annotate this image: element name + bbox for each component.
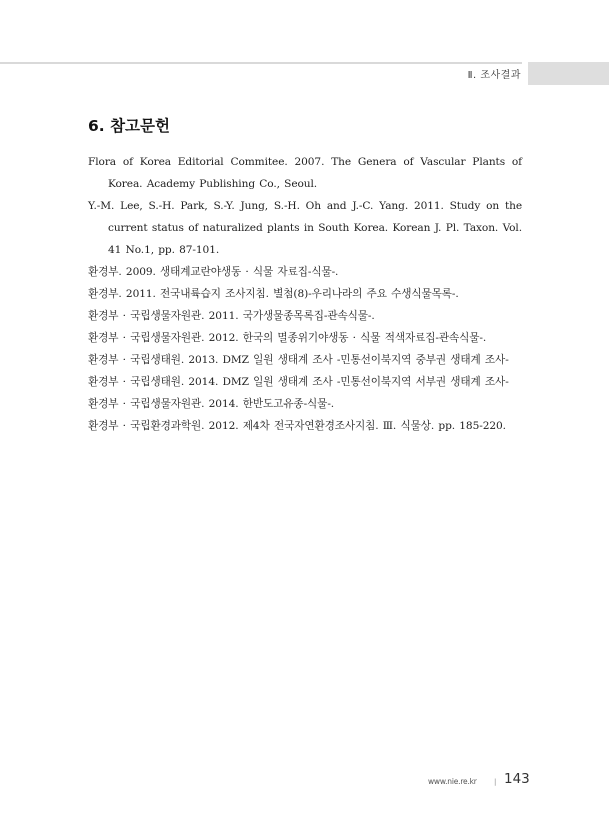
reference-item: 환경부 · 국립생태원. 2013. DMZ 일원 생태계 조사 -민통선이북지… [88,349,522,371]
reference-list: Flora of Korea Editorial Commitee. 2007.… [88,151,522,437]
reference-item: 환경부. 2011. 전국내륙습지 조사지침. 별첨(8)-우리나라의 주요 수… [88,283,522,305]
reference-item: 환경부 · 국립생물자원관. 2012. 한국의 멸종위기야생동 · 식물 적색… [88,327,522,349]
reference-item: 환경부 · 국립생물자원관. 2011. 국가생물종목록집-관속식물-. [88,305,522,327]
chapter-tab [528,62,609,85]
reference-item: Y.-M. Lee, S.-H. Park, S.-Y. Jung, S.-H.… [88,195,522,261]
chapter-label: Ⅱ. 조사결과 [468,66,521,81]
footer-url: www.nie.re.kr [428,777,477,786]
reference-item: 환경부 · 국립생태원. 2014. DMZ 일원 생태계 조사 -민통선이북지… [88,371,522,393]
reference-item: Flora of Korea Editorial Commitee. 2007.… [88,151,522,195]
section-title: 6. 참고문헌 [88,114,170,136]
header-rule [0,62,522,64]
page-number: 143 [504,771,530,787]
footer-separator: | [494,778,496,786]
reference-item: 환경부 · 국립환경과학원. 2012. 제4차 전국자연환경조사지침. Ⅲ. … [88,415,522,437]
reference-item: 환경부. 2009. 생태계교란야생동 · 식물 자료집-식물-. [88,261,522,283]
reference-item: 환경부 · 국립생물자원관. 2014. 한반도고유종-식물-. [88,393,522,415]
